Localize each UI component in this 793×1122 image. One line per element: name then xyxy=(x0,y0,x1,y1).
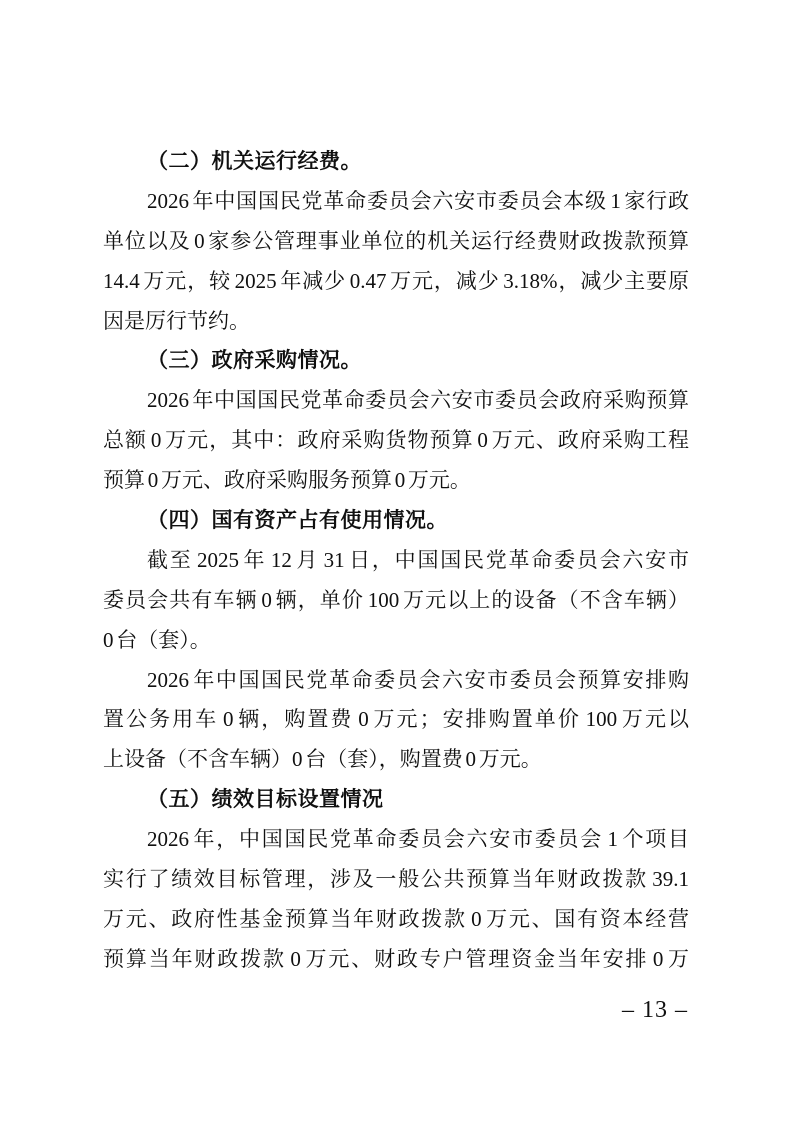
text-line: 2026 年中国国民党革命委员会六安市委员会预算安排购 xyxy=(103,661,689,701)
text-line: 置公务用车 0 辆，购置费 0 万元；安排购置单价 100 万元以 xyxy=(103,700,689,740)
text-line: 2026 年中国国民党革命委员会六安市委员会本级 1 家行政 xyxy=(103,182,689,222)
text-line: 截至 2025 年 12 月 31 日，中国国民党革命委员会六安市 xyxy=(103,541,689,581)
text-line: 因是厉行节约。 xyxy=(103,302,689,342)
text-line: 单位以及 0 家参公管理事业单位的机关运行经费财政拨款预算 xyxy=(103,222,689,262)
text-line: 万元、政府性基金预算当年财政拨款 0 万元、国有资本经营 xyxy=(103,900,689,940)
text-line: 总额 0 万元，其中：政府采购货物预算 0 万元、政府采购工程 xyxy=(103,421,689,461)
document-body: （二）机关运行经费。2026 年中国国民党革命委员会六安市委员会本级 1 家行政… xyxy=(103,142,689,980)
section-heading: （五）绩效目标设置情况 xyxy=(103,780,689,820)
text-line: 14.4 万元，较 2025 年减少 0.47 万元，减少 3.18%，减少主要… xyxy=(103,262,689,302)
text-line: 2026 年中国国民党革命委员会六安市委员会政府采购预算 xyxy=(103,381,689,421)
text-line: 预算当年财政拨款 0 万元、财政专户管理资金当年安排 0 万 xyxy=(103,940,689,980)
text-line: 实行了绩效目标管理，涉及一般公共预算当年财政拨款 39.1 xyxy=(103,860,689,900)
text-line: 上设备（不含车辆）0 台（套），购置费 0 万元。 xyxy=(103,740,689,780)
document-page: （二）机关运行经费。2026 年中国国民党革命委员会六安市委员会本级 1 家行政… xyxy=(0,0,793,1122)
page-number: – 13 – xyxy=(622,997,688,1023)
text-line: 预算 0 万元、政府采购服务预算 0 万元。 xyxy=(103,461,689,501)
text-line: 委员会共有车辆 0 辆，单价 100 万元以上的设备（不含车辆） xyxy=(103,581,689,621)
section-heading: （三）政府采购情况。 xyxy=(103,341,689,381)
text-line: 2026 年，中国国民党革命委员会六安市委员会 1 个项目 xyxy=(103,820,689,860)
section-heading: （二）机关运行经费。 xyxy=(103,142,689,182)
section-heading: （四）国有资产占有使用情况。 xyxy=(103,501,689,541)
text-line: 0 台（套）。 xyxy=(103,621,689,661)
